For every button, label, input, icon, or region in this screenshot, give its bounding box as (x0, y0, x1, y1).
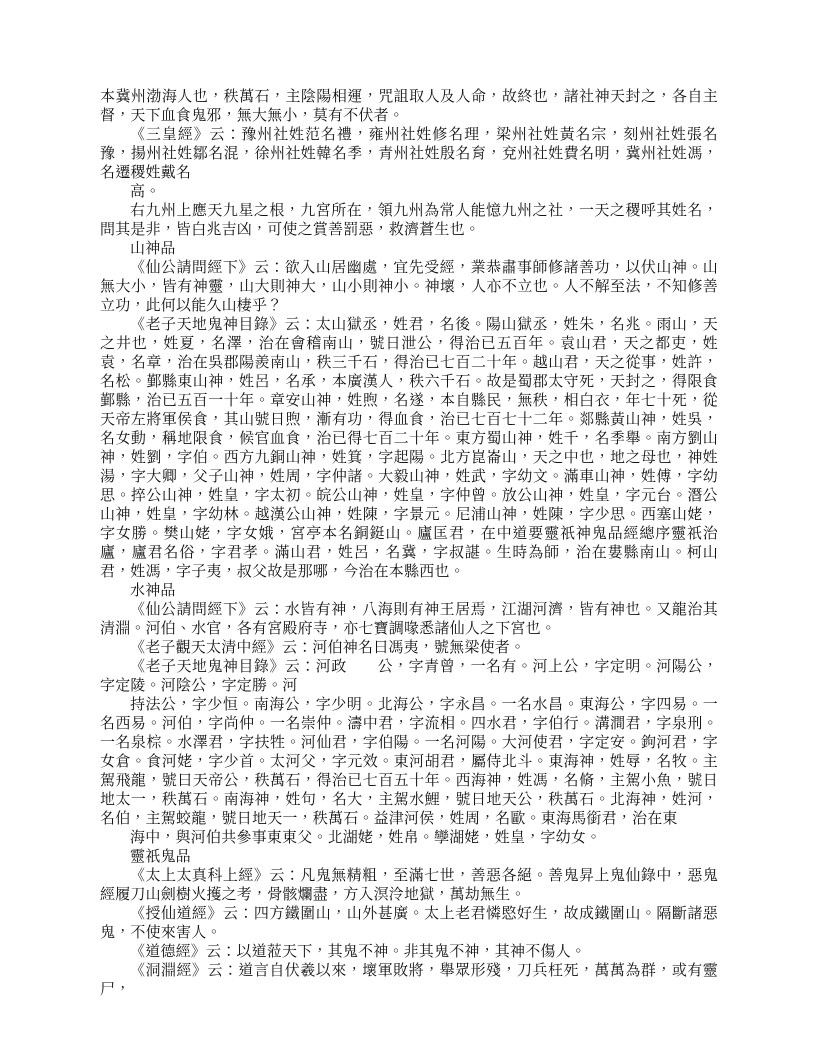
paragraph: 右九州上應天九星之根，九宮所在，領九州為常人能憶九州之社，一天之稷呼其姓名，問其… (100, 202, 718, 240)
paragraph: 《仙公請問經下》云：欲入山居幽處，宜先受經，業恭肅事師修諸善功，以伏山神。山無大… (100, 259, 718, 316)
section-heading: 靈祇鬼品 (100, 848, 718, 867)
paragraph: 本冀州渤海人也，秩萬石，主陰陽相運，咒詛取人及人命，故終也，諸社神天封之，各自主… (100, 88, 718, 126)
paragraph: 海中，與河伯共參事東東父。北湖姥，姓帛。孿湖姥，姓皇，字幼女。 (100, 829, 718, 848)
paragraph: 《仙公請問經下》云：水皆有神，八海則有神王居焉，江湖河濟，皆有神也。又龍治其清淵… (100, 601, 718, 639)
section-heading: 水神品 (100, 582, 718, 601)
document-page: 本冀州渤海人也，秩萬石，主陰陽相運，咒詛取人及人命，故終也，諸社神天封之，各自主… (0, 0, 816, 1056)
paragraph: 《老子天地鬼神目錄》云：河政 公，字青曾，一名有。河上公，字定明。河陽公，字定陵… (100, 658, 718, 696)
section-heading: 山神品 (100, 240, 718, 259)
paragraph: 《老子觀天太清中經》云：河伯神名曰馮夷，號無梁使者。 (100, 639, 718, 658)
paragraph: 《授仙道經》云：四方鐵圍山，山外甚廣。太上老君憐愍好生，故成鐵圍山。隔斷諸惡鬼，… (100, 905, 718, 943)
paragraph: 持法公，字少恒。南海公，字少明。北海公，字永昌。一名水昌。東海公，字四易。一名西… (100, 696, 718, 829)
paragraph: 《三皇經》云：豫州社姓范名禮，雍州社姓修名理，梁州社姓黃名宗，刻州社姓張名豫，揚… (100, 126, 718, 183)
paragraph: 《洞淵經》云：道言自伏羲以來，壞軍敗將，舉眾形殘，刀兵枉死，萬萬為群，或有靈尸， (100, 962, 718, 1000)
paragraph: 《太上太真科上經》云：凡鬼無精粗，至滿七世，善惡各絕。善鬼昇上鬼仙錄中，惡鬼經履… (100, 867, 718, 905)
paragraph: 《老子天地鬼神目錄》云：太山獄丞，姓君，名後。陽山獄丞，姓朱，名兆。雨山，天之井… (100, 316, 718, 582)
paragraph: 高。 (100, 183, 718, 202)
document-text: 本冀州渤海人也，秩萬石，主陰陽相運，咒詛取人及人命，故終也，諸社神天封之，各自主… (100, 88, 718, 1000)
paragraph: 《道德經》云：以道蒞天下，其鬼不神。非其鬼不神，其神不傷人。 (100, 943, 718, 962)
